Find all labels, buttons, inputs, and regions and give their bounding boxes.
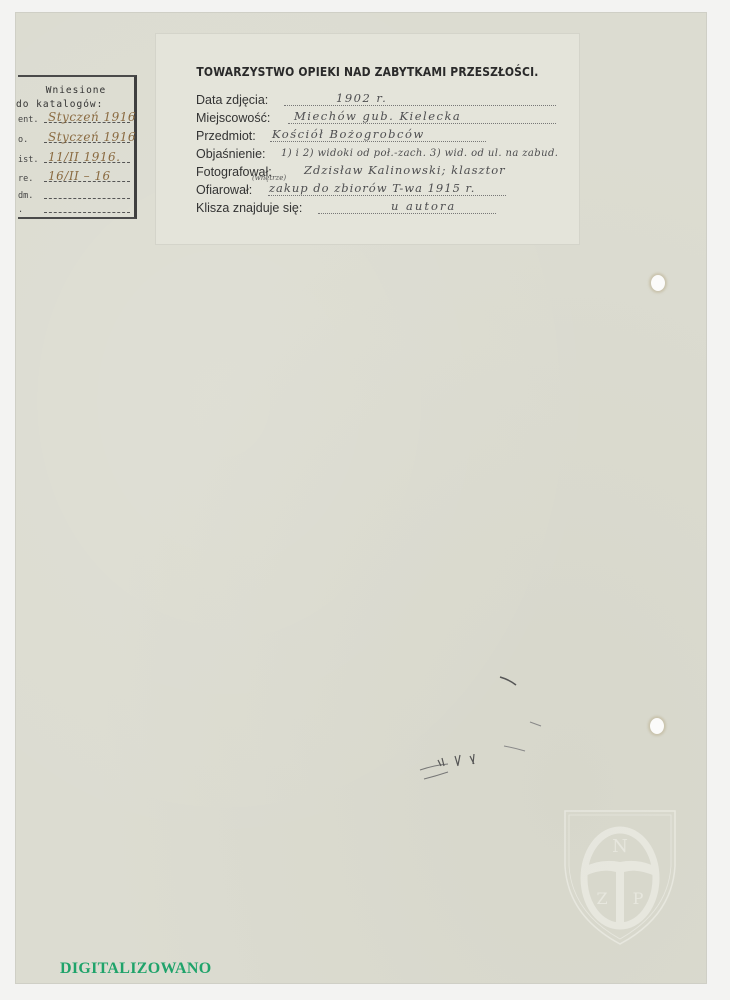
dotted-line [268,195,506,196]
field-value: zakup do zbiorów T-wa 1915 r. [269,181,475,195]
stamp-row-key: re. [18,174,33,184]
field-label: Przedmiot: [196,129,256,143]
stamp-row-value: 11/II 1916. [48,150,120,164]
stamp-title-line1: Wniesione [18,85,134,96]
field-place: Miejscowość: Miechów gub. Kielecka [196,109,556,126]
dotted-line [284,105,556,106]
label-card: TOWARZYSTWO OPIEKI NAD ZABYTKAMI PRZESZŁ… [155,33,580,245]
stamp-row-value: 16/II – 16 [48,169,111,183]
digitized-stamp: DIGITALIZOWANO [60,960,212,978]
catalog-stamp: Wniesione do katalogów: ent. Styczeń 191… [18,75,137,219]
field-value: Kościół Bożogrobców [272,127,425,141]
dotted-line [318,213,496,214]
dotted-line [288,123,556,124]
field-value: 1902 r. [336,91,387,105]
field-label: Miejscowość: [196,111,270,125]
stamp-row: ist. 11/II 1916. [18,151,132,165]
watermark-logo: N Z P [560,806,680,946]
watermark-letter-p: P [633,889,644,908]
stamp-row-key: dm. [18,191,33,201]
stamp-row-value: Styczeń 1916 [48,110,136,124]
stamp-row-key: ent. [18,115,38,125]
punch-hole [650,718,664,734]
field-label: Ofiarował: [196,183,252,197]
stamp-row: re. 16/II – 16 [18,170,132,184]
stamp-row: o. Styczeń 1916 [18,131,132,145]
field-photographer: Fotografował: Zdzisław Kalinowski; klasz… [196,163,556,180]
stamp-row: ent. Styczeń 1916 [18,111,132,125]
stamp-row: dm. [18,187,132,201]
field-subject: Przedmiot: Kościół Bożogrobców [196,127,556,144]
field-description: Objaśnienie: 1) i 2) widoki od poł.-zach… [196,145,556,162]
dotted-line [270,141,486,142]
field-donor: Ofiarował: (wnętrze) zakup do zbiorów T-… [196,181,556,198]
field-label: Data zdjęcia: [196,93,268,107]
field-label: Objaśnienie: [196,147,266,161]
field-date: Data zdjęcia: 1902 r. [196,91,556,108]
dashed-line [44,212,130,213]
field-label: Klisza znajduje się: [196,201,302,215]
dashed-line [44,198,130,199]
stamp-row-key: . [18,205,23,215]
punch-hole [651,275,665,291]
stamp-title-line2: do katalogów: [16,99,132,110]
stamp-row: . [18,201,132,215]
watermark-letter-n: N [612,836,628,857]
field-value: Zdzisław Kalinowski; klasztor [304,163,506,177]
card-title: TOWARZYSTWO OPIEKI NAD ZABYTKAMI PRZESZŁ… [186,64,550,79]
stamp-row-key: ist. [18,155,38,165]
field-negative-location: Klisza znajduje się: u autora [196,199,556,216]
field-value: u autora [391,199,456,213]
watermark-letter-z: Z [596,889,607,908]
field-value: 1) i 2) widoki od poł.-zach. 3) wid. od … [281,148,558,159]
stamp-row-value: Styczeń 1916 [48,130,136,144]
field-value: Miechów gub. Kielecka [294,109,461,123]
pencil-smudge [400,660,580,790]
stamp-row-key: o. [18,135,28,145]
